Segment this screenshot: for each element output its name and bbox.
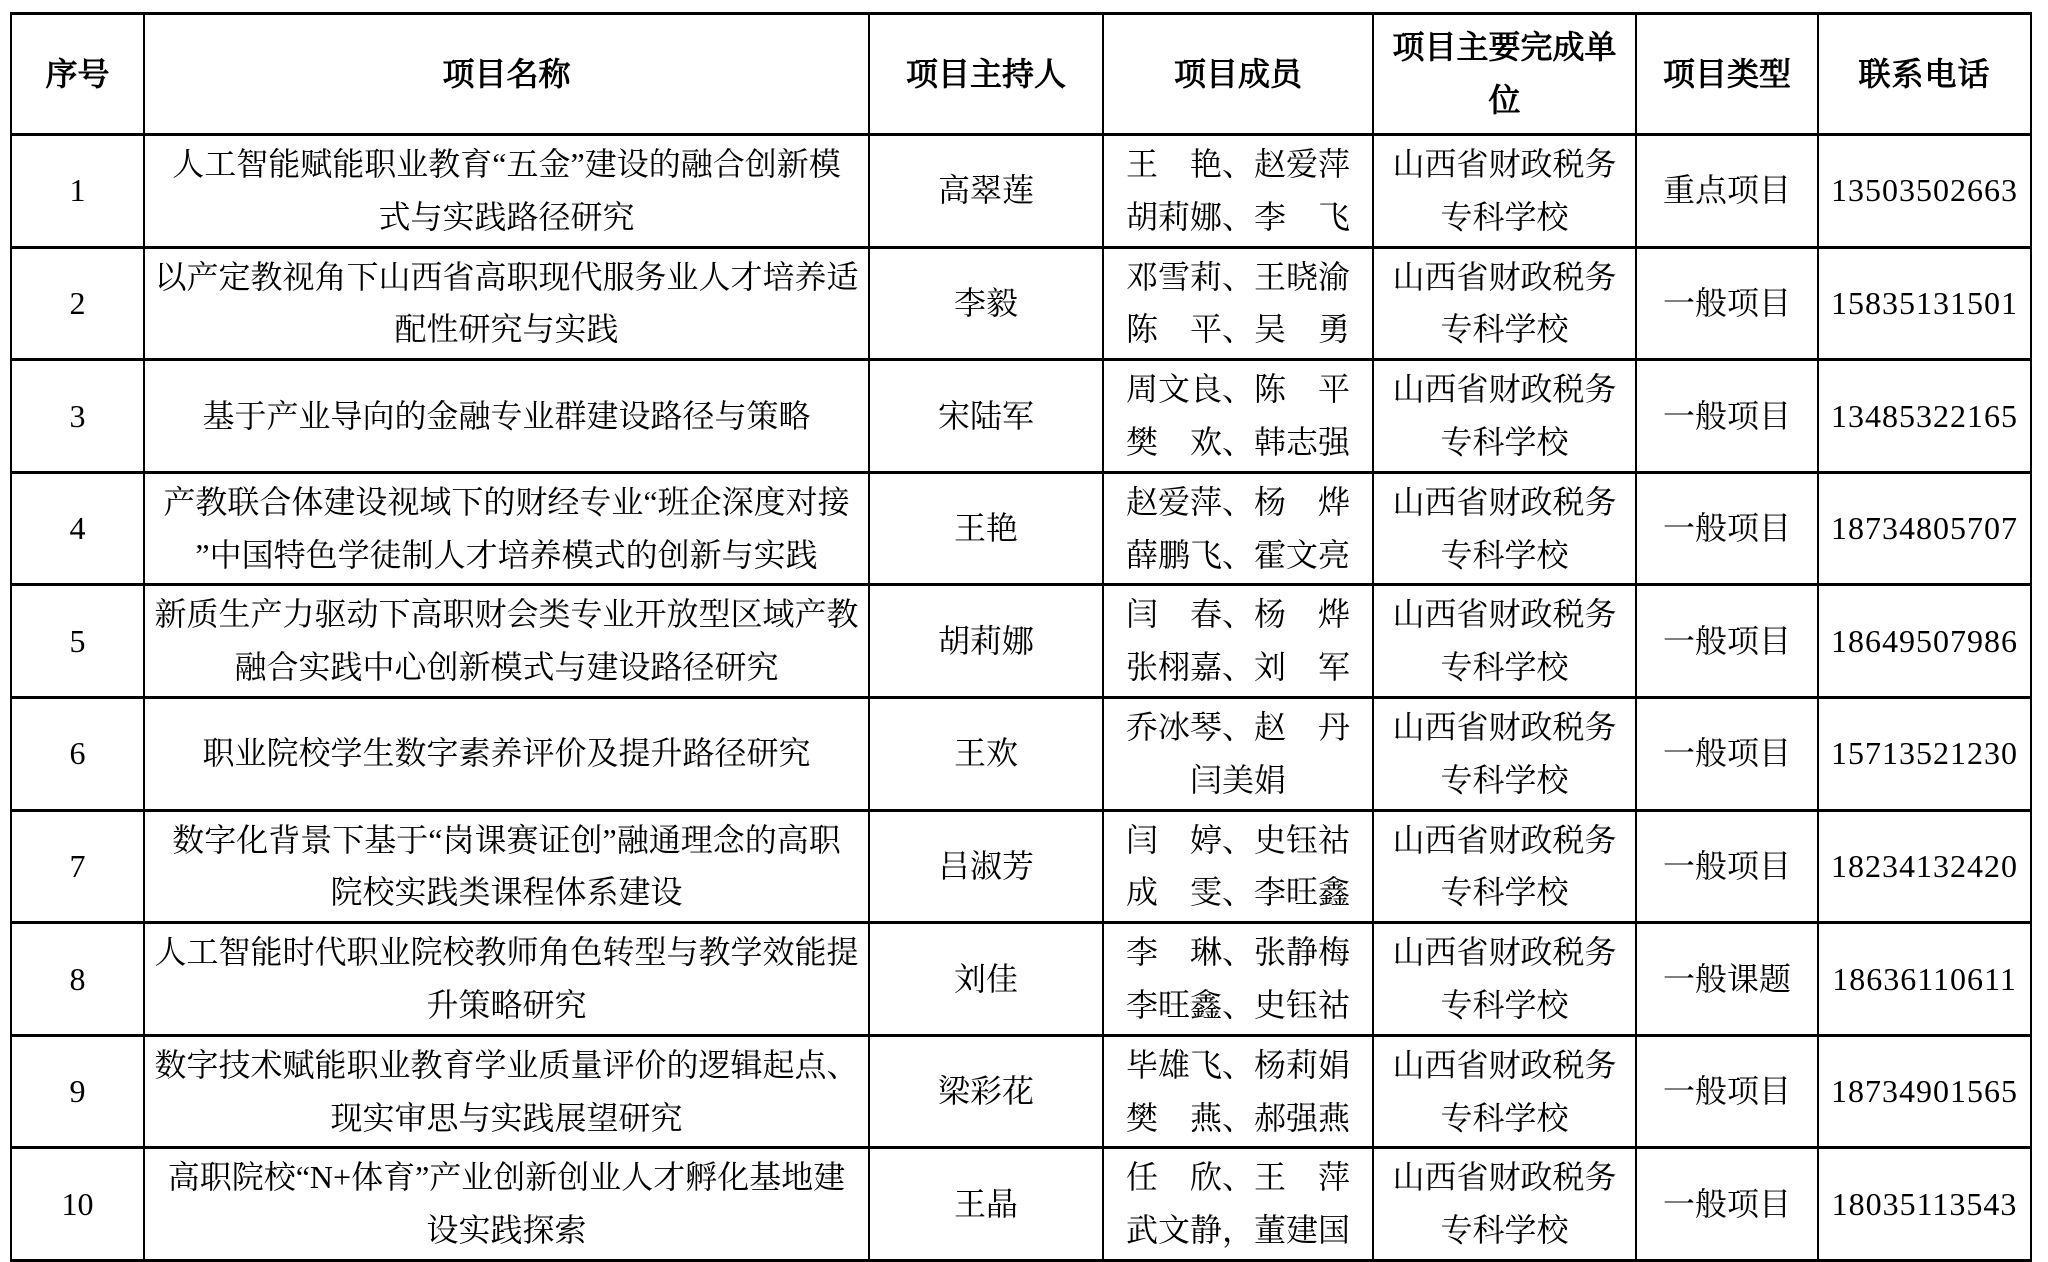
cell-name: 基于产业导向的金融专业群建设路径与策略 bbox=[144, 360, 869, 473]
cell-type: 一般课题 bbox=[1636, 923, 1818, 1036]
table-row: 6职业院校学生数字素养评价及提升路径研究王欢乔冰琴、赵 丹 闫美娟山西省财政税务… bbox=[11, 697, 2031, 810]
table-row: 4产教联合体建设视域下的财经专业“班企深度对接 ”中国特色学徒制人才培养模式的创… bbox=[11, 472, 2031, 585]
cell-unit: 山西省财政税务 专科学校 bbox=[1373, 810, 1636, 923]
cell-name: 产教联合体建设视域下的财经专业“班企深度对接 ”中国特色学徒制人才培养模式的创新… bbox=[144, 472, 869, 585]
cell-seq: 3 bbox=[11, 360, 144, 473]
header-cell-phone: 联系电话 bbox=[1818, 14, 2031, 135]
cell-members: 邓雪莉、王晓渝 陈 平、吴 勇 bbox=[1103, 247, 1373, 360]
table-row: 9数字技术赋能职业教育学业质量评价的逻辑起点、 现实审思与实践展望研究梁彩花毕雄… bbox=[11, 1035, 2031, 1148]
cell-unit: 山西省财政税务 专科学校 bbox=[1373, 697, 1636, 810]
cell-unit: 山西省财政税务 专科学校 bbox=[1373, 1035, 1636, 1148]
cell-name: 职业院校学生数字素养评价及提升路径研究 bbox=[144, 697, 869, 810]
table-row: 5新质生产力驱动下高职财会类专业开放型区域产教 融合实践中心创新模式与建设路径研… bbox=[11, 585, 2031, 698]
cell-members: 任 欣、王 萍 武文静，董建国 bbox=[1103, 1148, 1373, 1261]
cell-phone: 18649507986 bbox=[1818, 585, 2031, 698]
cell-seq: 4 bbox=[11, 472, 144, 585]
projects-table-container: 序号 项目名称 项目主持人 项目成员 项目主要完成单 位 项目类型 联系电话 1… bbox=[10, 12, 2030, 1240]
header-cell-leader: 项目主持人 bbox=[869, 14, 1103, 135]
cell-type: 一般项目 bbox=[1636, 697, 1818, 810]
cell-seq: 5 bbox=[11, 585, 144, 698]
cell-unit: 山西省财政税务 专科学校 bbox=[1373, 247, 1636, 360]
cell-type: 一般项目 bbox=[1636, 810, 1818, 923]
cell-leader: 吕淑芳 bbox=[869, 810, 1103, 923]
cell-phone: 18035113543 bbox=[1818, 1148, 2031, 1261]
cell-name: 数字化背景下基于“岗课赛证创”融通理念的高职 院校实践类课程体系建设 bbox=[144, 810, 869, 923]
cell-phone: 15713521230 bbox=[1818, 697, 2031, 810]
cell-unit: 山西省财政税务 专科学校 bbox=[1373, 585, 1636, 698]
cell-type: 一般项目 bbox=[1636, 585, 1818, 698]
cell-unit: 山西省财政税务 专科学校 bbox=[1373, 923, 1636, 1036]
cell-phone: 18234132420 bbox=[1818, 810, 2031, 923]
cell-members: 毕雄飞、杨莉娟 樊 燕、郝强燕 bbox=[1103, 1035, 1373, 1148]
header-cell-name: 项目名称 bbox=[144, 14, 869, 135]
cell-leader: 王欢 bbox=[869, 697, 1103, 810]
table-row: 2以产定教视角下山西省高职现代服务业人才培养适 配性研究与实践李毅邓雪莉、王晓渝… bbox=[11, 247, 2031, 360]
cell-name: 新质生产力驱动下高职财会类专业开放型区域产教 融合实践中心创新模式与建设路径研究 bbox=[144, 585, 869, 698]
cell-name: 高职院校“N+体育”产业创新创业人才孵化基地建 设实践探索 bbox=[144, 1148, 869, 1261]
cell-members: 周文良、陈 平 樊 欢、韩志强 bbox=[1103, 360, 1373, 473]
cell-members: 赵爱萍、杨 烨 薛鹏飞、霍文亮 bbox=[1103, 472, 1373, 585]
header-row: 序号 项目名称 项目主持人 项目成员 项目主要完成单 位 项目类型 联系电话 bbox=[11, 14, 2031, 135]
cell-name: 以产定教视角下山西省高职现代服务业人才培养适 配性研究与实践 bbox=[144, 247, 869, 360]
cell-leader: 胡莉娜 bbox=[869, 585, 1103, 698]
table-row: 8人工智能时代职业院校教师角色转型与教学效能提 升策略研究刘佳李 琳、张静梅 李… bbox=[11, 923, 2031, 1036]
cell-leader: 刘佳 bbox=[869, 923, 1103, 1036]
cell-unit: 山西省财政税务 专科学校 bbox=[1373, 360, 1636, 473]
cell-name: 数字技术赋能职业教育学业质量评价的逻辑起点、 现实审思与实践展望研究 bbox=[144, 1035, 869, 1148]
table-row: 7数字化背景下基于“岗课赛证创”融通理念的高职 院校实践类课程体系建设吕淑芳闫 … bbox=[11, 810, 2031, 923]
cell-members: 乔冰琴、赵 丹 闫美娟 bbox=[1103, 697, 1373, 810]
cell-type: 一般项目 bbox=[1636, 360, 1818, 473]
cell-seq: 10 bbox=[11, 1148, 144, 1261]
header-cell-type: 项目类型 bbox=[1636, 14, 1818, 135]
table-row: 1人工智能赋能职业教育“五金”建设的融合创新模 式与实践路径研究高翠莲王 艳、赵… bbox=[11, 135, 2031, 248]
cell-phone: 18734901565 bbox=[1818, 1035, 2031, 1148]
cell-unit: 山西省财政税务 专科学校 bbox=[1373, 472, 1636, 585]
cell-unit: 山西省财政税务 专科学校 bbox=[1373, 135, 1636, 248]
cell-seq: 2 bbox=[11, 247, 144, 360]
cell-members: 王 艳、赵爱萍 胡莉娜、李 飞 bbox=[1103, 135, 1373, 248]
cell-type: 一般项目 bbox=[1636, 1035, 1818, 1148]
cell-members: 闫 春、杨 烨 张栩嘉、刘 军 bbox=[1103, 585, 1373, 698]
cell-name: 人工智能时代职业院校教师角色转型与教学效能提 升策略研究 bbox=[144, 923, 869, 1036]
cell-seq: 6 bbox=[11, 697, 144, 810]
cell-name: 人工智能赋能职业教育“五金”建设的融合创新模 式与实践路径研究 bbox=[144, 135, 869, 248]
cell-members: 李 琳、张静梅 李旺鑫、史钰祜 bbox=[1103, 923, 1373, 1036]
cell-seq: 7 bbox=[11, 810, 144, 923]
header-cell-members: 项目成员 bbox=[1103, 14, 1373, 135]
cell-phone: 18636110611 bbox=[1818, 923, 2031, 1036]
cell-phone: 18734805707 bbox=[1818, 472, 2031, 585]
cell-type: 一般项目 bbox=[1636, 1148, 1818, 1261]
cell-type: 一般项目 bbox=[1636, 472, 1818, 585]
header-cell-seq: 序号 bbox=[11, 14, 144, 135]
cell-phone: 13503502663 bbox=[1818, 135, 2031, 248]
projects-table: 序号 项目名称 项目主持人 项目成员 项目主要完成单 位 项目类型 联系电话 1… bbox=[10, 12, 2032, 1262]
cell-leader: 王艳 bbox=[869, 472, 1103, 585]
cell-members: 闫 婷、史钰祜 成 雯、李旺鑫 bbox=[1103, 810, 1373, 923]
cell-phone: 13485322165 bbox=[1818, 360, 2031, 473]
cell-phone: 15835131501 bbox=[1818, 247, 2031, 360]
cell-seq: 1 bbox=[11, 135, 144, 248]
cell-leader: 王晶 bbox=[869, 1148, 1103, 1261]
cell-unit: 山西省财政税务 专科学校 bbox=[1373, 1148, 1636, 1261]
cell-leader: 梁彩花 bbox=[869, 1035, 1103, 1148]
cell-leader: 李毅 bbox=[869, 247, 1103, 360]
table-row: 10高职院校“N+体育”产业创新创业人才孵化基地建 设实践探索王晶任 欣、王 萍… bbox=[11, 1148, 2031, 1261]
cell-seq: 9 bbox=[11, 1035, 144, 1148]
header-cell-unit: 项目主要完成单 位 bbox=[1373, 14, 1636, 135]
cell-seq: 8 bbox=[11, 923, 144, 1036]
cell-type: 重点项目 bbox=[1636, 135, 1818, 248]
cell-leader: 宋陆军 bbox=[869, 360, 1103, 473]
cell-leader: 高翠莲 bbox=[869, 135, 1103, 248]
table-row: 3基于产业导向的金融专业群建设路径与策略宋陆军周文良、陈 平 樊 欢、韩志强山西… bbox=[11, 360, 2031, 473]
cell-type: 一般项目 bbox=[1636, 247, 1818, 360]
